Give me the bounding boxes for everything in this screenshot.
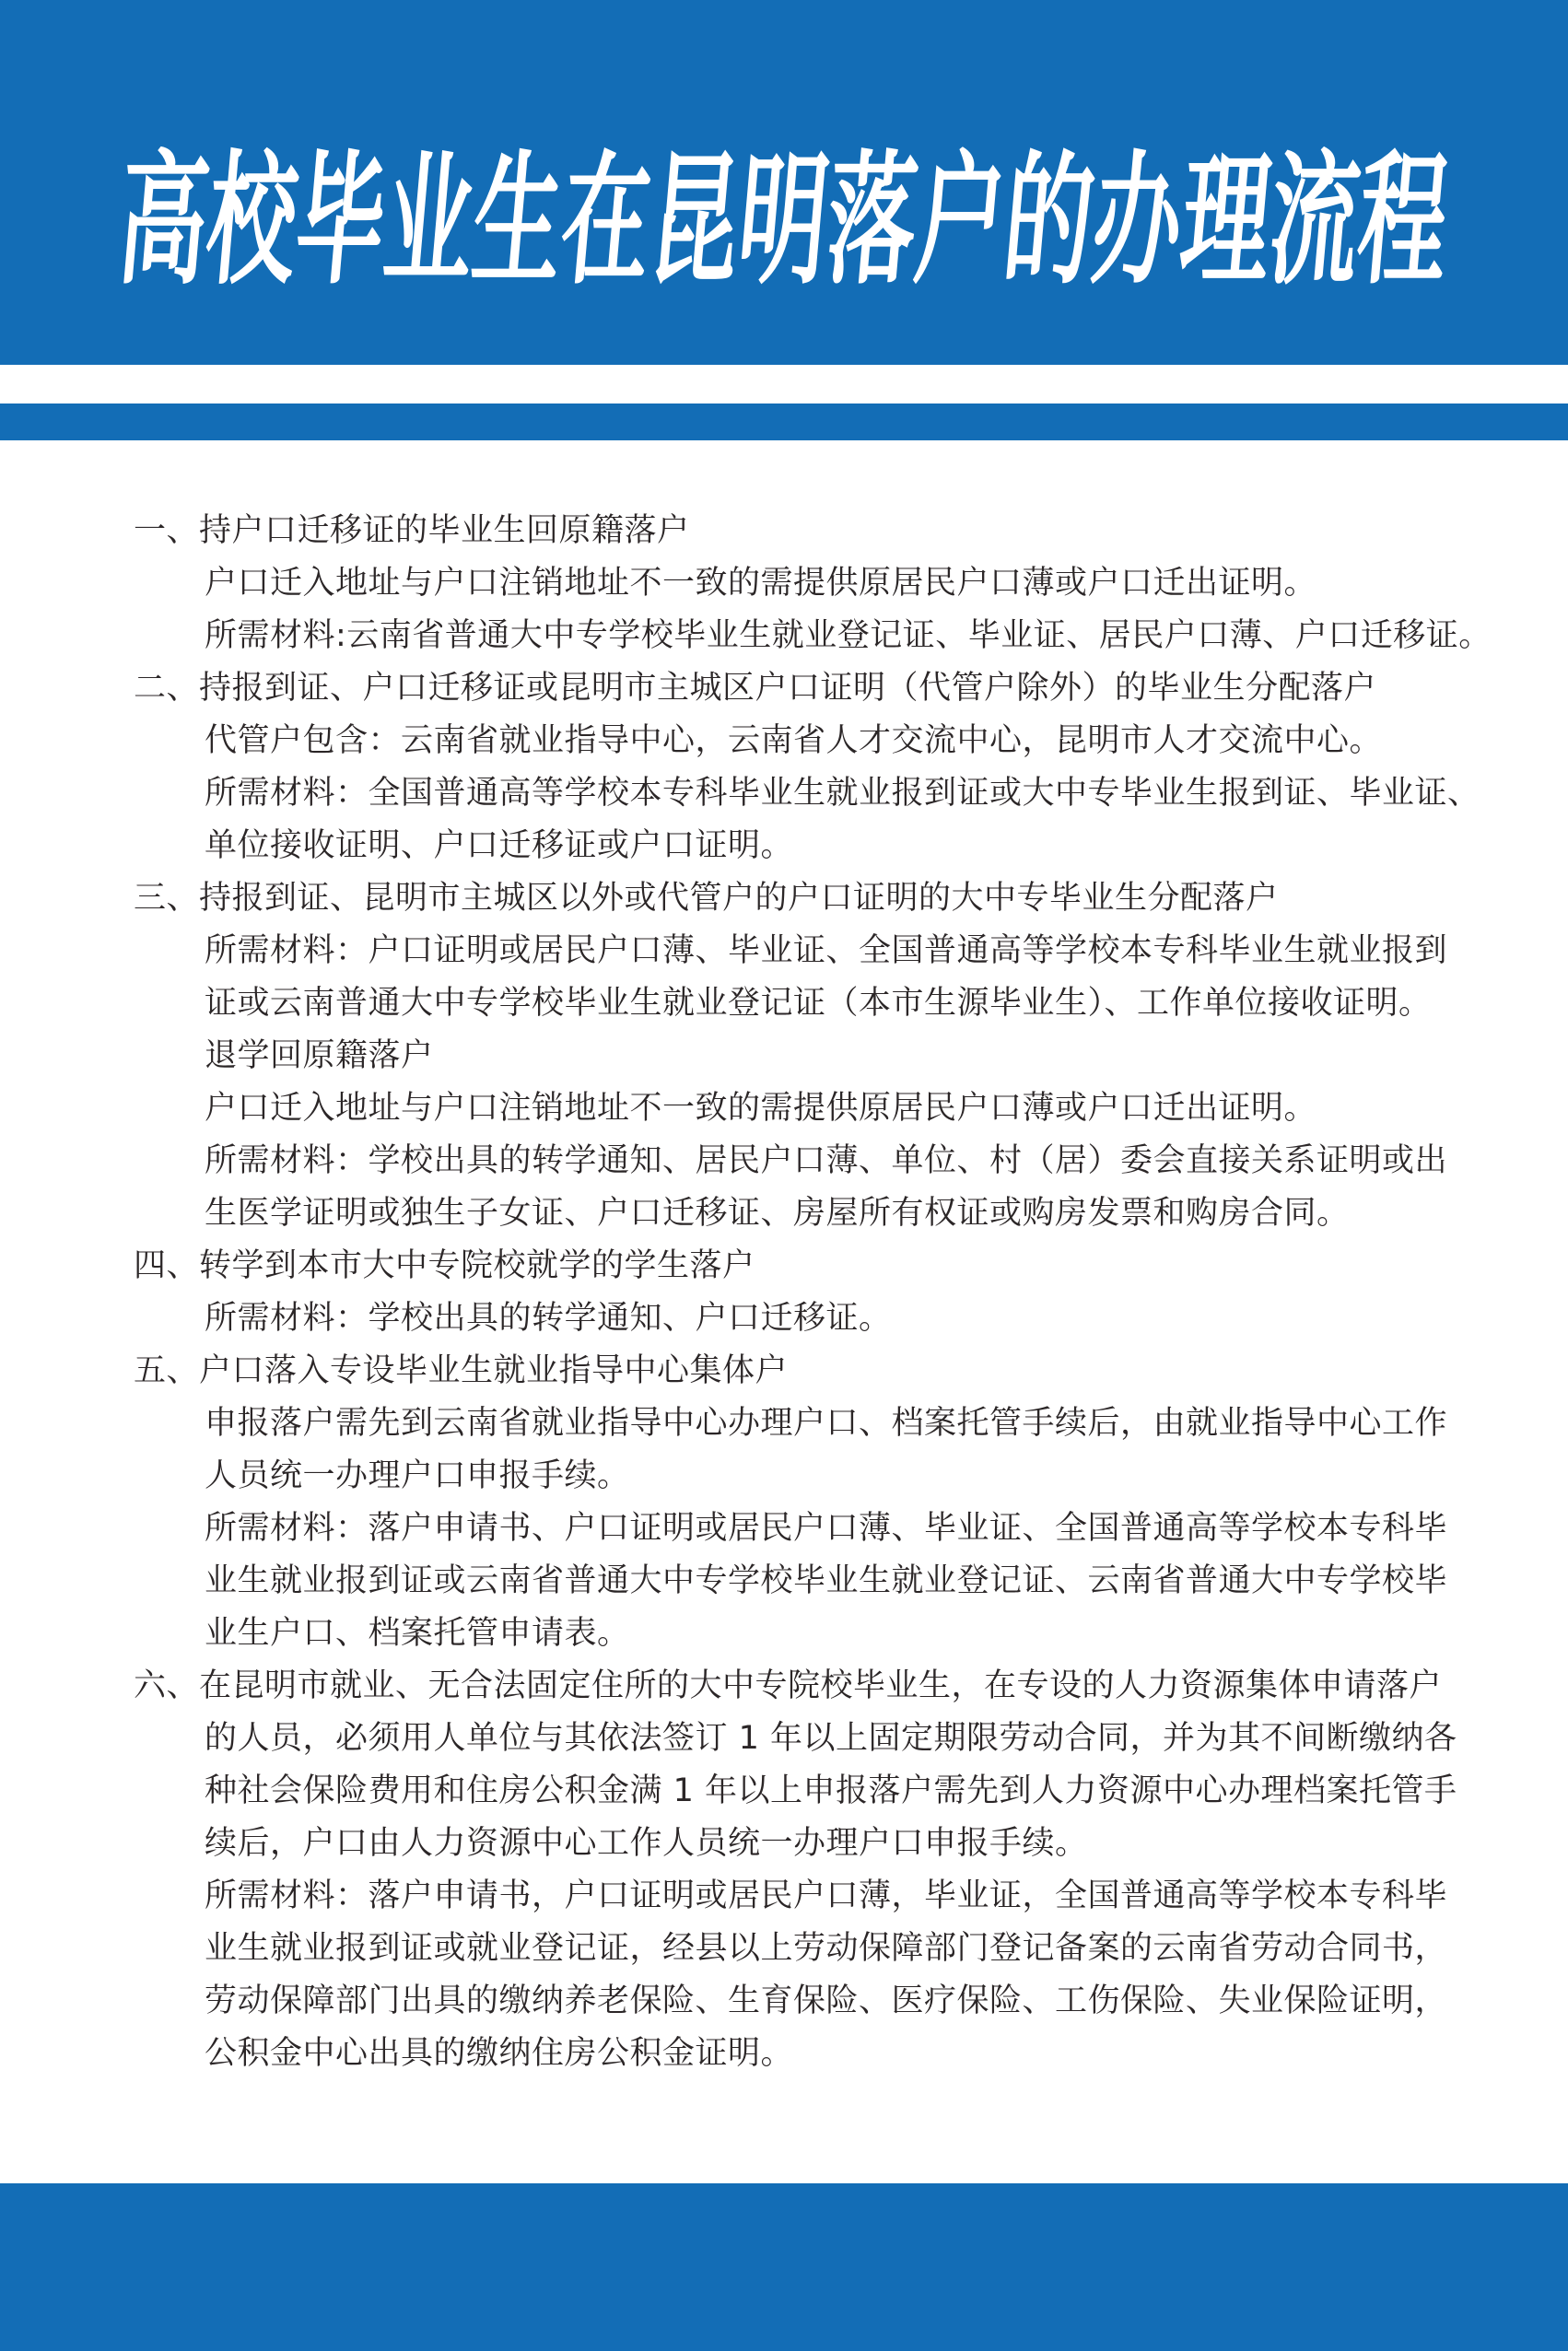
body-line: 二、持报到证、户口迁移证或昆明市主城区户口证明（代管户除外）的毕业生分配落户: [134, 662, 1568, 715]
body-line: 人员统一办理户口申报手续。: [205, 1450, 1568, 1503]
body-line: 六、在昆明市就业、无合法固定住所的大中专院校毕业生，在专设的人力资源集体申请落户: [134, 1660, 1568, 1713]
body-line: 业生就业报到证或就业登记证，经县以上劳动保障部门登记备案的云南省劳动合同书，: [205, 1923, 1568, 1975]
poster-page: 高校毕业生在昆明落户的办理流程 一、持户口迁移证的毕业生回原籍落户户口迁入地址与…: [0, 0, 1568, 2351]
body-line: 所需材料：落户申请书、户口证明或居民户口薄、毕业证、全国普通高等学校本专科毕: [205, 1503, 1568, 1555]
page-title: 高校毕业生在昆明落户的办理流程: [111, 107, 1457, 311]
body-line: 公积金中心出具的缴纳住房公积金证明。: [205, 2028, 1568, 2080]
body-line: 退学回原籍落户: [205, 1030, 1568, 1082]
body-line: 续后，户口由人力资源中心工作人员统一办理户口申报手续。: [205, 1818, 1568, 1870]
body-line: 业生户口、档案托管申请表。: [205, 1608, 1568, 1660]
body-line: 种社会保险费用和住房公积金满 1 年以上申报落户需先到人力资源中心办理档案托管手: [205, 1765, 1568, 1818]
body-line: 所需材料：学校出具的转学通知、居民户口薄、单位、村（居）委会直接关系证明或出: [205, 1135, 1568, 1187]
divider-stripe: [0, 404, 1568, 440]
body-line: 劳动保障部门出具的缴纳养老保险、生育保险、医疗保险、工伤保险、失业保险证明，: [205, 1975, 1568, 2028]
body-line: 所需材料：户口证明或居民户口薄、毕业证、全国普通高等学校本专科毕业生就业报到: [205, 925, 1568, 977]
body-line: 业生就业报到证或云南省普通大中专学校毕业生就业登记证、云南省普通大中专学校毕: [205, 1555, 1568, 1608]
content-area: 一、持户口迁移证的毕业生回原籍落户户口迁入地址与户口注销地址不一致的需提供原居民…: [0, 440, 1568, 2080]
body-line: 代管户包含：云南省就业指导中心，云南省人才交流中心，昆明市人才交流中心。: [205, 715, 1568, 767]
body-line: 户口迁入地址与户口注销地址不一致的需提供原居民户口薄或户口迁出证明。: [205, 557, 1568, 610]
body-line: 单位接收证明、户口迁移证或户口证明。: [205, 820, 1568, 872]
body-line: 所需材料:云南省普通大中专学校毕业生就业登记证、毕业证、居民户口薄、户口迁移证。: [205, 610, 1568, 662]
body-line: 户口迁入地址与户口注销地址不一致的需提供原居民户口薄或户口迁出证明。: [205, 1082, 1568, 1135]
body-line: 一、持户口迁移证的毕业生回原籍落户: [134, 505, 1568, 557]
divider-gap: [0, 365, 1568, 404]
footer-band: [0, 2183, 1568, 2351]
body-line: 所需材料：落户申请书，户口证明或居民户口薄，毕业证，全国普通高等学校本专科毕: [205, 1870, 1568, 1923]
body-line: 的人员，必须用人单位与其依法签订 1 年以上固定期限劳动合同，并为其不间断缴纳各: [205, 1713, 1568, 1765]
body-line: 五、户口落入专设毕业生就业指导中心集体户: [134, 1345, 1568, 1398]
body-line: 所需材料：学校出具的转学通知、户口迁移证。: [205, 1292, 1568, 1345]
body-line: 生医学证明或独生子女证、户口迁移证、房屋所有权证或购房发票和购房合同。: [205, 1187, 1568, 1240]
body-line: 所需材料：全国普通高等学校本专科毕业生就业报到证或大中专毕业生报到证、毕业证、: [205, 767, 1568, 820]
body-line: 三、持报到证、昆明市主城区以外或代管户的户口证明的大中专毕业生分配落户: [134, 872, 1568, 925]
body-line: 证或云南普通大中专学校毕业生就业登记证（本市生源毕业生）、工作单位接收证明。: [205, 977, 1568, 1030]
body-line: 四、转学到本市大中专院校就学的学生落户: [134, 1240, 1568, 1292]
header-band: 高校毕业生在昆明落户的办理流程: [0, 0, 1568, 365]
body-line: 申报落户需先到云南省就业指导中心办理户口、档案托管手续后，由就业指导中心工作: [205, 1398, 1568, 1450]
